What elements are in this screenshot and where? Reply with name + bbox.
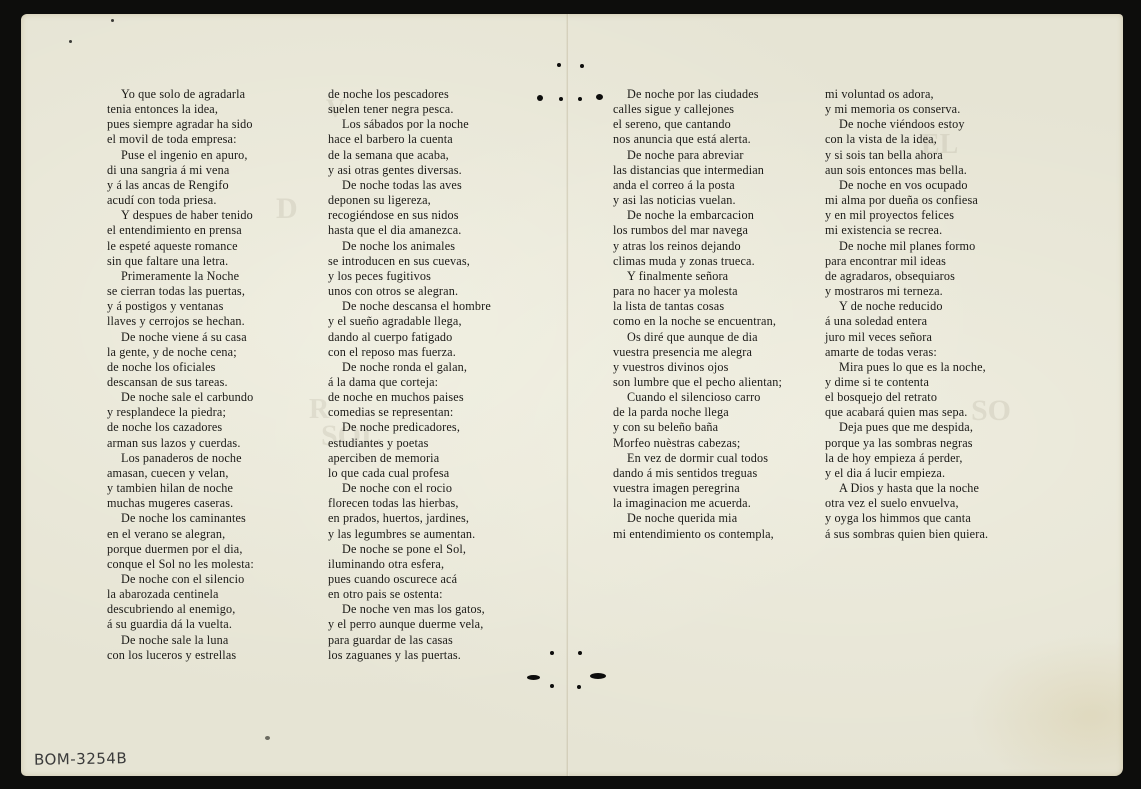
verse-line: tenia entonces la idea, <box>107 102 254 117</box>
verse-line: como en la noche se encuentran, <box>613 314 782 329</box>
sewing-hole <box>557 63 561 67</box>
verse-line: el entendimiento en prensa <box>107 223 254 238</box>
verse-line: las distancias que intermedian <box>613 163 782 178</box>
verse-line: con la vista de la idea, <box>825 132 988 147</box>
verse-line: dando á mis sentidos treguas <box>613 466 782 481</box>
verse-line: calles sigue y callejones <box>613 102 782 117</box>
verse-line: amarte de todas veras: <box>825 345 988 360</box>
verse-line: y las legumbres se aumentan. <box>328 527 491 542</box>
verse-line: el sereno, que cantando <box>613 117 782 132</box>
verse-line: en prados, huertos, jardines, <box>328 511 491 526</box>
verse-line: De noche ven mas los gatos, <box>328 602 491 617</box>
verse-line: la lista de tantas cosas <box>613 299 782 314</box>
sewing-hole <box>578 651 582 655</box>
verse-line: de la semana que acaba, <box>328 148 491 163</box>
verse-line: que acabará quien mas sepa. <box>825 405 988 420</box>
verse-line: para encontrar mil ideas <box>825 254 988 269</box>
verse-line: unos con otros se alegran. <box>328 284 491 299</box>
verse-line: de agradaros, obsequiaros <box>825 269 988 284</box>
verse-line: y tambien hilan de noche <box>107 481 254 496</box>
verse-line: y asi otras gentes diversas. <box>328 163 491 178</box>
verse-line: la de hoy empieza á perder, <box>825 451 988 466</box>
verse-line: mi existencia se recrea. <box>825 223 988 238</box>
verse-line: De noche viene á su casa <box>107 330 254 345</box>
verse-line: Y despues de haber tenido <box>107 208 254 223</box>
verse-line: Los sábados por la noche <box>328 117 491 132</box>
verse-line: porque ya las sombras negras <box>825 436 988 451</box>
verse-line: iluminando otra esfera, <box>328 557 491 572</box>
verse-line: y resplandece la piedra; <box>107 405 254 420</box>
verse-line: descansan de sus tareas. <box>107 375 254 390</box>
verse-line: aperciben de memoria <box>328 451 491 466</box>
verse-line: recogiéndose en sus nidos <box>328 208 491 223</box>
sewing-hole <box>537 95 543 101</box>
verse-line: llaves y cerrojos se hechan. <box>107 314 254 329</box>
verse-line: y oyga los himmos que canta <box>825 511 988 526</box>
verse-line: De noche con el rocio <box>328 481 491 496</box>
verse-line: pues siempre agradar ha sido <box>107 117 254 132</box>
verse-line: Cuando el silencioso carro <box>613 390 782 405</box>
verse-line: en el verano se alegran, <box>107 527 254 542</box>
verse-line: muchas mugeres caseras. <box>107 496 254 511</box>
verse-line: en otro pais se ostenta: <box>328 587 491 602</box>
sewing-hole <box>550 651 554 655</box>
verse-line: descubriendo al enemigo, <box>107 602 254 617</box>
verse-line: Mira pues lo que es la noche, <box>825 360 988 375</box>
verse-line: vuestra presencia me alegra <box>613 345 782 360</box>
verse-line: estudiantes y poetas <box>328 436 491 451</box>
sewing-hole <box>578 97 582 101</box>
scanned-document: V D R SOL EL SO Yo que solo de agradarla… <box>0 0 1141 789</box>
verse-line: para no hacer ya molesta <box>613 284 782 299</box>
verse-line: De noche los caminantes <box>107 511 254 526</box>
show-through-text: D <box>276 192 298 226</box>
verse-line: comedias se representan: <box>328 405 491 420</box>
verse-line: Los panaderos de noche <box>107 451 254 466</box>
verse-line: el movil de toda empresa: <box>107 132 254 147</box>
verse-line: la gente, y de noche cena; <box>107 345 254 360</box>
verse-column-4: mi voluntad os adora, y mi memoria os co… <box>825 87 988 542</box>
verse-line: otra vez el suelo envuelva, <box>825 496 988 511</box>
verse-line: con los luceros y estrellas <box>107 648 254 663</box>
verse-line: de noche los pescadores <box>328 87 491 102</box>
verse-line: Y de noche reducido <box>825 299 988 314</box>
verse-line: Os diré que aunque de dia <box>613 330 782 345</box>
verse-column-2: de noche los pescadores suelen tener neg… <box>328 87 491 663</box>
verse-line: Morfeo nuèstras cabezas; <box>613 436 782 451</box>
verse-line: á su guardia dá la vuelta. <box>107 617 254 632</box>
sewing-hole <box>550 684 554 688</box>
verse-line: los zaguanes y las puertas. <box>328 648 491 663</box>
verse-line: á una soledad entera <box>825 314 988 329</box>
verse-line: De noche en vos ocupado <box>825 178 988 193</box>
verse-line: De noche los animales <box>328 239 491 254</box>
verse-line: mi alma por dueña os confiesa <box>825 193 988 208</box>
verse-line: el bosquejo del retrato <box>825 390 988 405</box>
paper-speck <box>265 736 270 740</box>
verse-line: á la dama que corteja: <box>328 375 491 390</box>
verse-line: De noche predicadores, <box>328 420 491 435</box>
verse-line: se introducen en sus cuevas, <box>328 254 491 269</box>
verse-line: De noche con el silencio <box>107 572 254 587</box>
sewing-hole <box>580 64 584 68</box>
verse-line: deponen su ligereza, <box>328 193 491 208</box>
verse-line: y los peces fugitivos <box>328 269 491 284</box>
verse-line: De noche la embarcacion <box>613 208 782 223</box>
verse-line: y asi las noticias vuelan. <box>613 193 782 208</box>
verse-line: y vuestros divinos ojos <box>613 360 782 375</box>
verse-line: De noche viéndoos estoy <box>825 117 988 132</box>
verse-line: para guardar de las casas <box>328 633 491 648</box>
verse-line: suelen tener negra pesca. <box>328 102 491 117</box>
center-fold <box>566 14 569 776</box>
verse-line: De noche sale el carbundo <box>107 390 254 405</box>
verse-line: acudí con toda priesa. <box>107 193 254 208</box>
verse-line: Yo que solo de agradarla <box>107 87 254 102</box>
sewing-hole <box>527 675 540 680</box>
verse-line: Puse el ingenio en apuro, <box>107 148 254 163</box>
sewing-hole <box>590 673 606 679</box>
verse-line: aun sois entonces mas bella. <box>825 163 988 178</box>
paper-speck <box>111 19 114 22</box>
paper-speck <box>69 40 72 43</box>
verse-line: la imaginacion me acuerda. <box>613 496 782 511</box>
verse-line: A Dios y hasta que la noche <box>825 481 988 496</box>
verse-line: y el sueño agradable llega, <box>328 314 491 329</box>
verse-line: son lumbre que el pecho alientan; <box>613 375 782 390</box>
verse-line: de noche en muchos paises <box>328 390 491 405</box>
verse-line: la abarozada centinela <box>107 587 254 602</box>
verse-line: De noche querida mia <box>613 511 782 526</box>
verse-line: mi entendimiento os contempla, <box>613 527 782 542</box>
verse-line: juro mil veces señora <box>825 330 988 345</box>
verse-line: y con su beleño baña <box>613 420 782 435</box>
verse-line: los rumbos del mar navega <box>613 223 782 238</box>
sewing-hole <box>577 685 581 689</box>
sewing-hole <box>596 94 603 100</box>
verse-line: de noche los cazadores <box>107 420 254 435</box>
verse-line: dando al cuerpo fatigado <box>328 330 491 345</box>
verse-line: mi voluntad os adora, <box>825 87 988 102</box>
verse-column-1: Yo que solo de agradarla tenia entonces … <box>107 87 254 663</box>
verse-line: climas muda y zonas trueca. <box>613 254 782 269</box>
verse-line: Deja pues que me despida, <box>825 420 988 435</box>
verse-line: y el dia á lucir empieza. <box>825 466 988 481</box>
verse-line: amasan, cuecen y velan, <box>107 466 254 481</box>
verse-line: se cierran todas las puertas, <box>107 284 254 299</box>
verse-line: y el perro aunque duerme vela, <box>328 617 491 632</box>
verse-line: nos anuncia que está alerta. <box>613 132 782 147</box>
verse-line: conque el Sol no les molesta: <box>107 557 254 572</box>
verse-line: y á las ancas de Rengifo <box>107 178 254 193</box>
verse-line: y en mil proyectos felices <box>825 208 988 223</box>
verse-line: di una sangria á mi vena <box>107 163 254 178</box>
verse-line: De noche descansa el hombre <box>328 299 491 314</box>
verse-line: anda el correo á la posta <box>613 178 782 193</box>
verse-line: De noche para abreviar <box>613 148 782 163</box>
verse-line: De noche ronda el galan, <box>328 360 491 375</box>
verse-line: En vez de dormir cual todos <box>613 451 782 466</box>
verse-line: Y finalmente señora <box>613 269 782 284</box>
verse-column-3: De noche por las ciudades calles sigue y… <box>613 87 782 542</box>
verse-line: vuestra imagen peregrina <box>613 481 782 496</box>
verse-line: porque duermen por el dia, <box>107 542 254 557</box>
sewing-hole <box>559 97 563 101</box>
verse-line: Primeramente la Noche <box>107 269 254 284</box>
verse-line: De noche se pone el Sol, <box>328 542 491 557</box>
verse-line: hace el barbero la cuenta <box>328 132 491 147</box>
verse-line: arman sus lazos y cuerdas. <box>107 436 254 451</box>
verse-line: y si sois tan bella ahora <box>825 148 988 163</box>
verse-line: y á postigos y ventanas <box>107 299 254 314</box>
verse-line: sin que faltare una letra. <box>107 254 254 269</box>
verse-line: florecen todas las hierbas, <box>328 496 491 511</box>
verse-line: De noche todas las aves <box>328 178 491 193</box>
verse-line: y dime si te contenta <box>825 375 988 390</box>
verse-line: lo que cada cual profesa <box>328 466 491 481</box>
verse-line: y mostraros mi terneza. <box>825 284 988 299</box>
verse-line: á sus sombras quien bien quiera. <box>825 527 988 542</box>
shelfmark-label: BOM-3254B <box>34 749 127 769</box>
verse-line: De noche mil planes formo <box>825 239 988 254</box>
verse-line: con el reposo mas fuerza. <box>328 345 491 360</box>
verse-line: De noche por las ciudades <box>613 87 782 102</box>
verse-line: y mi memoria os conserva. <box>825 102 988 117</box>
verse-line: de la parda noche llega <box>613 405 782 420</box>
verse-line: de noche los oficiales <box>107 360 254 375</box>
verse-line: hasta que el dia amanezca. <box>328 223 491 238</box>
verse-line: y atras los reinos dejando <box>613 239 782 254</box>
verse-line: De noche sale la luna <box>107 633 254 648</box>
verse-line: pues cuando oscurece acá <box>328 572 491 587</box>
verse-line: le espeté aqueste romance <box>107 239 254 254</box>
show-through-text: R <box>309 394 329 426</box>
